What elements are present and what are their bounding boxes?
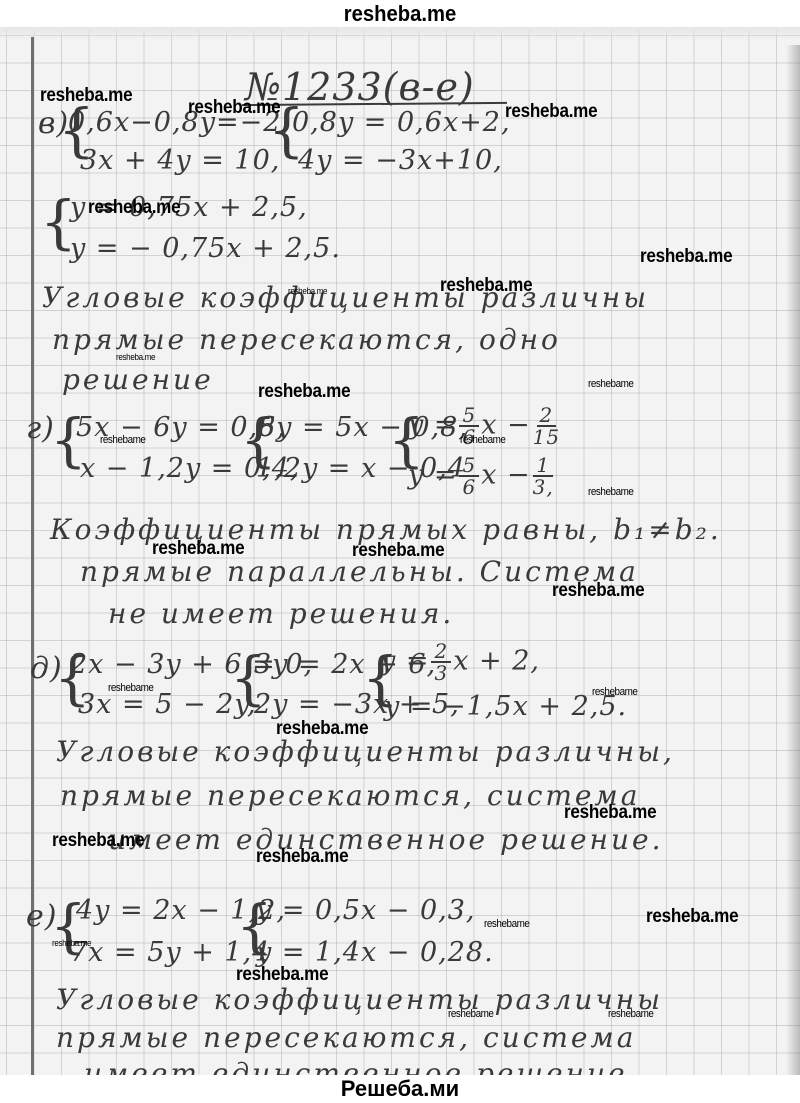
equation: 4y = −3x+10, [298, 145, 503, 176]
watermark: resheba.me [88, 197, 180, 219]
equation-lhs: y = [380, 646, 429, 677]
equation-lhs: y = [408, 410, 457, 441]
watermark: resheba.me [258, 381, 350, 403]
watermark: resheba.me [52, 938, 91, 948]
equation-lhs: y = [408, 460, 457, 491]
equation: 0,8y = 0,6x+2, [292, 107, 511, 138]
watermark: resheba.me [552, 580, 644, 602]
equation: y = 0,5x − 0,3, [256, 895, 476, 926]
page-edge-shade [0, 27, 800, 41]
watermark: resheba.me [40, 85, 132, 107]
conclusion-line: решение [62, 363, 214, 396]
watermark: resheba.me [52, 830, 144, 852]
conclusion-line: имеет единственное решение. [108, 823, 663, 856]
site-banner-top: resheba.me [32, 0, 768, 28]
watermark: reshebame [592, 686, 637, 698]
watermark: resheba.me [116, 352, 155, 362]
equation-fraction: y =56x −13, [408, 455, 556, 497]
equation-rest: x + 2, [453, 646, 540, 677]
watermark: resheba.me [440, 275, 532, 297]
conclusion-line: Угловые коэффициенты различны [56, 983, 663, 1016]
equation-fraction: y =23x + 2, [380, 641, 540, 683]
watermark: resheba.me [564, 802, 656, 824]
watermark: reshebame [108, 682, 153, 694]
watermark: reshebame [608, 1008, 653, 1020]
conclusion-line: Угловые коэффициенты различны [42, 281, 649, 314]
conclusion-line: имеет единственное решение. [84, 1057, 639, 1075]
conclusion-line: прямые пересекаются, система [60, 779, 640, 812]
watermark: resheba.me [640, 246, 732, 268]
watermark: reshebame [460, 434, 505, 446]
site-banner-bottom: Решеба.ми [0, 1075, 800, 1103]
equation: y = − 0,75x + 2,5. [70, 233, 341, 264]
fraction: 13, [533, 455, 554, 497]
watermark: resheba.me [646, 906, 738, 928]
watermark: reshebame [588, 486, 633, 498]
equation-rest: x − [481, 460, 530, 491]
equation: y = −1,5x + 2,5. [384, 691, 627, 722]
watermark: resheba.me [276, 718, 368, 740]
page-right-shadow [786, 45, 800, 1075]
watermark: resheba.me [288, 286, 327, 296]
watermark: reshebame [588, 378, 633, 390]
watermark: reshebame [100, 434, 145, 446]
watermark: resheba.me [352, 540, 444, 562]
conclusion-line: прямые пересекаются, система [56, 1021, 636, 1054]
conclusion-line: не имеет решения. [108, 597, 454, 630]
notebook-page: №1233(в-е) в) { 0,6x−0,8y=−2, 3x + 4y = … [0, 27, 800, 1075]
watermark: resheba.me [152, 538, 244, 560]
fraction: 23 [431, 641, 451, 683]
watermark: resheba.me [188, 97, 280, 119]
fraction: 56 [459, 455, 479, 497]
watermark: resheba.me [505, 101, 597, 123]
equation: 3x + 4y = 10, [80, 145, 280, 176]
watermark: resheba.me [236, 964, 328, 986]
watermark: resheba.me [256, 846, 348, 868]
watermark: reshebame [484, 918, 529, 930]
fraction: 215 [533, 405, 560, 447]
watermark: reshebame [448, 1008, 493, 1020]
